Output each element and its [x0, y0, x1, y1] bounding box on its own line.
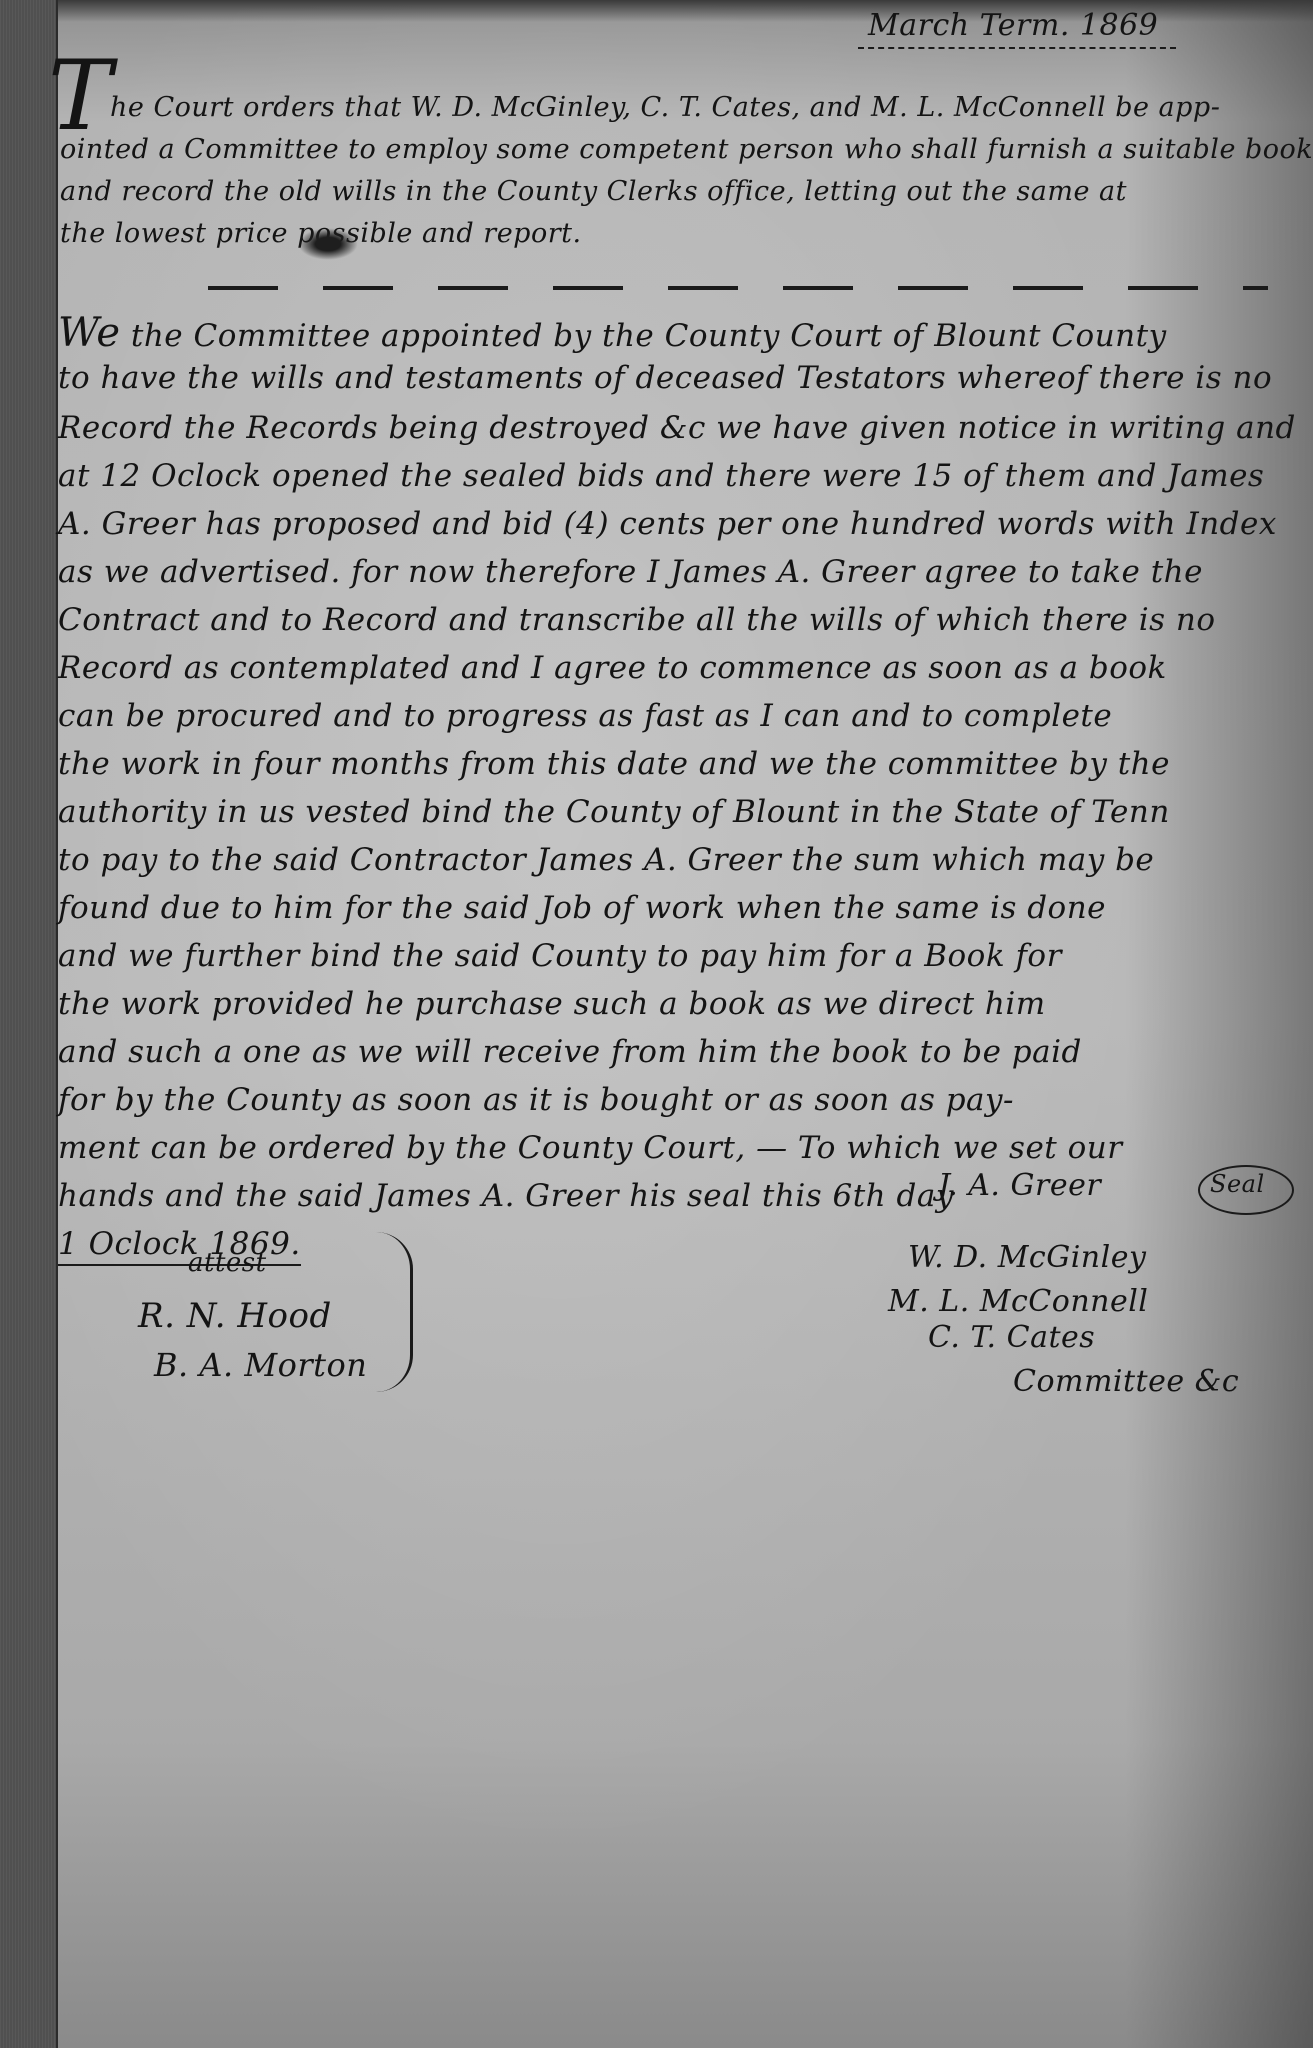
report-line-text: the Committee appointed by the County Co…	[121, 318, 1167, 354]
committee-signature: C. T. Cates	[928, 1320, 1095, 1355]
report-line: Record the Records being destroyed &c we…	[58, 410, 1296, 446]
seal-label: Seal	[1210, 1170, 1265, 1198]
report-line: found due to him for the said Job of wor…	[58, 890, 1106, 926]
report-line: authority in us vested bind the County o…	[58, 794, 1170, 830]
report-line: and such a one as we will receive from h…	[58, 1034, 1082, 1070]
report-first-word: We	[58, 310, 121, 356]
report-line: can be procured and to progress as fast …	[58, 698, 1112, 734]
report-line: Record as contemplated and I agree to co…	[58, 650, 1167, 686]
brace-bracket	[376, 1232, 413, 1392]
attest-label: attest	[188, 1248, 267, 1278]
witness-signature: R. N. Hood	[138, 1296, 332, 1336]
ledger-page: March Term. 1869 T he Court orders that …	[58, 0, 1313, 2048]
court-order-line: and record the old wills in the County C…	[60, 176, 1127, 207]
report-line: and we further bind the said County to p…	[58, 938, 1062, 974]
report-line: A. Greer has proposed and bid (4) cents …	[58, 506, 1277, 542]
report-line: to have the wills and testaments of dece…	[58, 360, 1272, 396]
report-line: We the Committee appointed by the County…	[58, 310, 1167, 356]
report-line: Contract and to Record and transcribe al…	[58, 602, 1216, 638]
witness-signature: B. A. Morton	[154, 1346, 367, 1384]
report-line: at 12 Oclock opened the sealed bids and …	[58, 458, 1264, 494]
section-separator-dashes	[208, 286, 1268, 290]
report-line: to pay to the said Contractor James A. G…	[58, 842, 1154, 878]
ink-blot	[298, 228, 358, 260]
report-line: ment can be ordered by the County Court,…	[58, 1130, 1123, 1166]
court-order-line: ointed a Committee to employ some compet…	[60, 134, 1313, 165]
report-line: as we advertised. for now therefore I Ja…	[58, 554, 1203, 590]
committee-title: Committee &c	[1013, 1364, 1239, 1399]
report-line: the work provided he purchase such a boo…	[58, 986, 1046, 1022]
court-term-header: March Term. 1869	[858, 8, 1176, 49]
committee-signature: M. L. McConnell	[888, 1284, 1148, 1319]
book-binding-strip	[0, 0, 58, 2048]
report-line: the work in four months from this date a…	[58, 746, 1170, 782]
court-order-line: he Court orders that W. D. McGinley, C. …	[110, 92, 1220, 123]
report-line: for by the County as soon as it is bough…	[58, 1082, 1014, 1118]
report-line: hands and the said James A. Greer his se…	[58, 1178, 954, 1214]
committee-signature: W. D. McGinley	[908, 1240, 1146, 1275]
contractor-signature: J. A. Greer	[938, 1168, 1101, 1203]
